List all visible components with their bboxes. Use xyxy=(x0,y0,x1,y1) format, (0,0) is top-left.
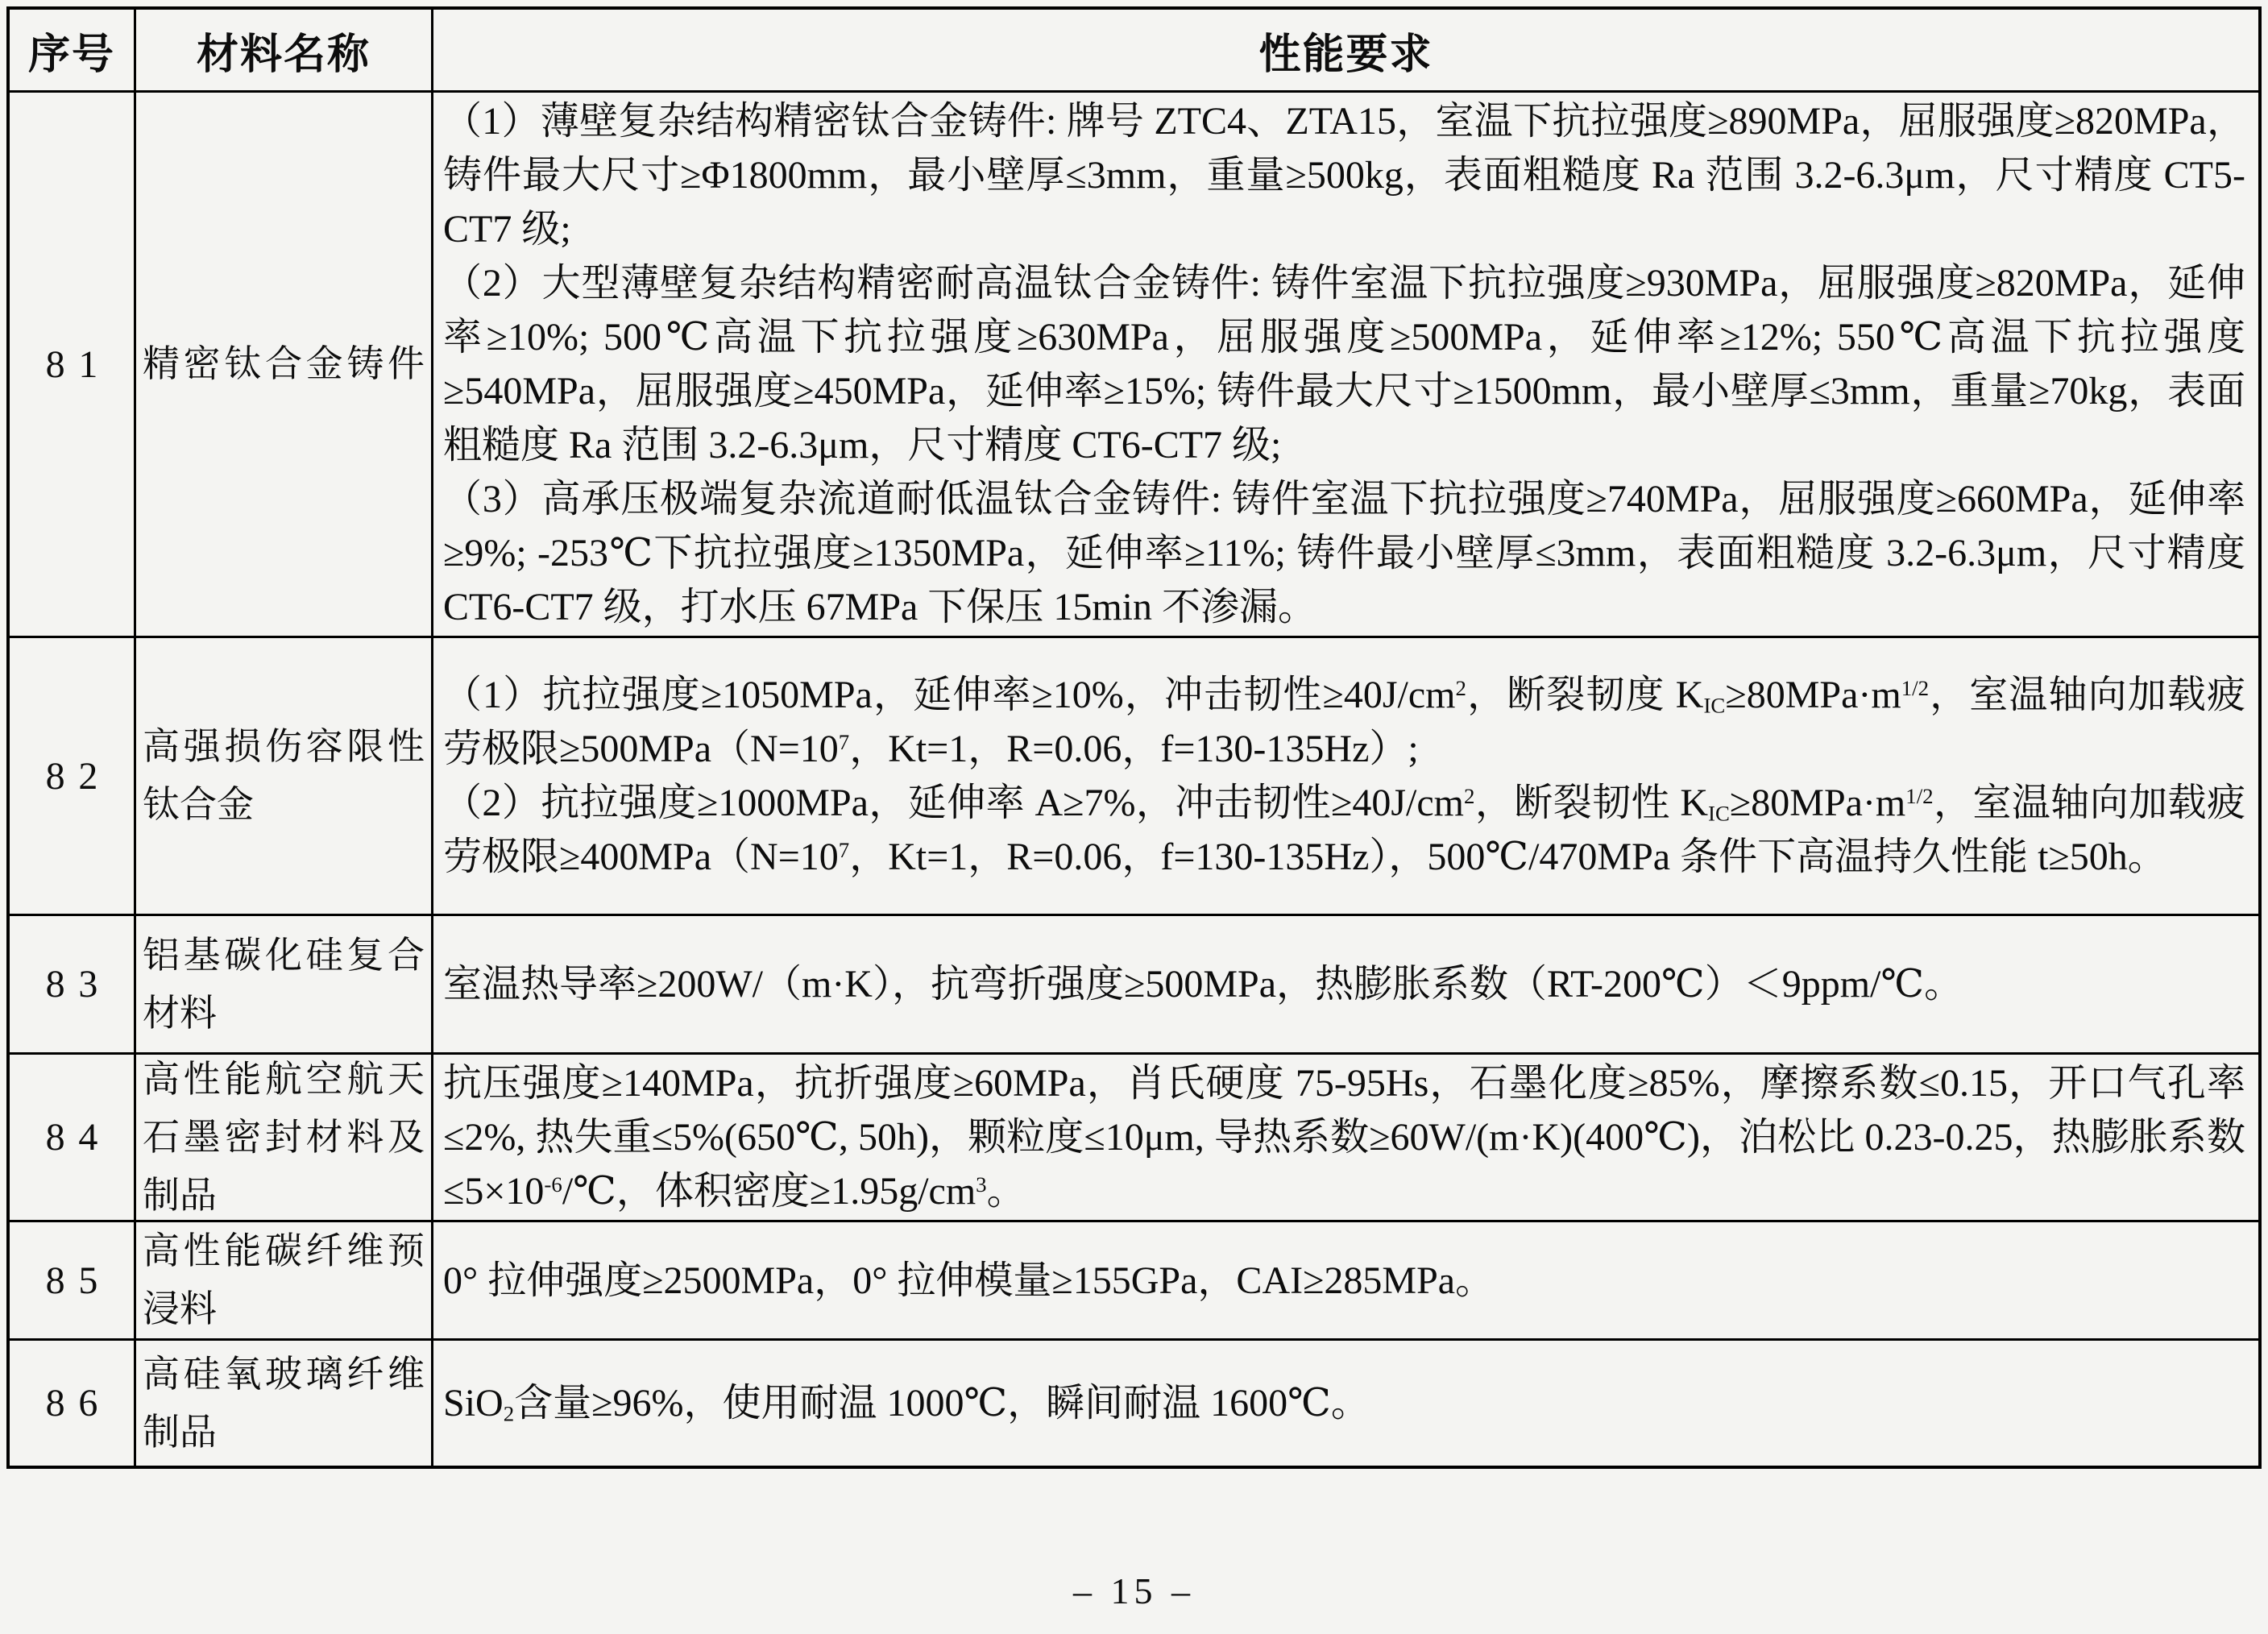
row-number: 83 xyxy=(32,962,111,1006)
materials-spec-table: 序号 材料名称 性能要求 81 精密钛合金铸件 （1）薄壁复杂结构精密钛合金铸件… xyxy=(6,6,2262,1469)
header-cell-name: 材料名称 xyxy=(134,10,431,90)
row-no-cell: 86 xyxy=(10,1341,134,1466)
material-name: 铝基碳化硅复合材料 xyxy=(136,927,431,1043)
header-label-no: 序号 xyxy=(10,20,134,81)
row-number: 86 xyxy=(32,1381,111,1425)
material-name: 精密钛合金铸件 xyxy=(136,335,431,393)
row-number: 81 xyxy=(32,342,111,387)
table-row: 86 高硅氧玻璃纤维制品 SiO2含量≥96%，使用耐温 1000℃，瞬间耐温 … xyxy=(10,1338,2258,1466)
requirements-cell: SiO2含量≥96%，使用耐温 1000℃，瞬间耐温 1600℃。 xyxy=(431,1341,2258,1466)
requirements-cell: 室温热导率≥200W/（m·K），抗弯折强度≥500MPa，热膨胀系数（RT-2… xyxy=(431,916,2258,1052)
row-no-cell: 83 xyxy=(10,916,134,1052)
row-number: 85 xyxy=(32,1259,111,1303)
requirement-paragraph: 室温热导率≥200W/（m·K），抗弯折强度≥500MPa，热膨胀系数（RT-2… xyxy=(443,957,2245,1011)
row-no-cell: 81 xyxy=(10,93,134,636)
material-name-cell: 精密钛合金铸件 xyxy=(134,93,431,636)
table-row: 85 高性能碳纤维预浸料 0° 拉伸强度≥2500MPa，0° 拉伸模量≥155… xyxy=(10,1220,2258,1338)
header-label-req: 性能要求 xyxy=(433,20,2258,81)
table-row: 82 高强损伤容限性钛合金 （1）抗拉强度≥1050MPa，延伸率≥10%，冲击… xyxy=(10,636,2258,914)
requirements-cell: 抗压强度≥140MPa，抗折强度≥60MPa，肖氏硬度 75-95Hs，石墨化度… xyxy=(431,1055,2258,1220)
requirement-paragraph: 0° 拉伸强度≥2500MPa，0° 拉伸模量≥155GPa，CAI≥285MP… xyxy=(443,1254,2245,1308)
table-header-row: 序号 材料名称 性能要求 xyxy=(10,10,2258,90)
requirement-paragraph: （1）薄壁复杂结构精密钛合金铸件: 牌号 ZTC4、ZTA15，室温下抗拉强度≥… xyxy=(443,94,2245,256)
table-row: 84 高性能航空航天石墨密封材料及制品 抗压强度≥140MPa，抗折强度≥60M… xyxy=(10,1052,2258,1220)
requirements-cell: （1）抗拉强度≥1050MPa，延伸率≥10%，冲击韧性≥40J/cm2，断裂韧… xyxy=(431,638,2258,914)
material-name: 高性能碳纤维预浸料 xyxy=(136,1222,431,1338)
row-no-cell: 85 xyxy=(10,1222,134,1338)
material-name-cell: 高性能碳纤维预浸料 xyxy=(134,1222,431,1338)
row-no-cell: 84 xyxy=(10,1055,134,1220)
material-name-cell: 高硅氧玻璃纤维制品 xyxy=(134,1341,431,1466)
material-name: 高硅氧玻璃纤维制品 xyxy=(136,1346,431,1462)
header-cell-req: 性能要求 xyxy=(431,10,2258,90)
table-row: 81 精密钛合金铸件 （1）薄壁复杂结构精密钛合金铸件: 牌号 ZTC4、ZTA… xyxy=(10,90,2258,636)
requirement-paragraph: （3）高承压极端复杂流道耐低温钛合金铸件: 铸件室温下抗拉强度≥740MPa，屈… xyxy=(443,472,2245,634)
document-page: { "page": { "background": "#f4f4f2", "bo… xyxy=(0,0,2268,1634)
requirements-text: 抗压强度≥140MPa，抗折强度≥60MPa，肖氏硬度 75-95Hs，石墨化度… xyxy=(433,1056,2258,1218)
material-name-cell: 铝基碳化硅复合材料 xyxy=(134,916,431,1052)
material-name-cell: 高性能航空航天石墨密封材料及制品 xyxy=(134,1055,431,1220)
page-number: – 15 – xyxy=(0,1570,2268,1612)
material-name: 高强损伤容限性钛合金 xyxy=(136,718,431,834)
requirements-cell: （1）薄壁复杂结构精密钛合金铸件: 牌号 ZTC4、ZTA15，室温下抗拉强度≥… xyxy=(431,93,2258,636)
material-name-cell: 高强损伤容限性钛合金 xyxy=(134,638,431,914)
header-label-name: 材料名称 xyxy=(136,20,431,81)
material-name: 高性能航空航天石墨密封材料及制品 xyxy=(136,1051,431,1225)
requirements-text: SiO2含量≥96%，使用耐温 1000℃，瞬间耐温 1600℃。 xyxy=(433,1376,2258,1430)
table-row: 83 铝基碳化硅复合材料 室温热导率≥200W/（m·K），抗弯折强度≥500M… xyxy=(10,914,2258,1052)
requirements-cell: 0° 拉伸强度≥2500MPa，0° 拉伸模量≥155GPa，CAI≥285MP… xyxy=(431,1222,2258,1338)
requirement-paragraph: （1）抗拉强度≥1050MPa，延伸率≥10%，冲击韧性≥40J/cm2，断裂韧… xyxy=(443,668,2245,776)
requirements-text: （1）抗拉强度≥1050MPa，延伸率≥10%，冲击韧性≥40J/cm2，断裂韧… xyxy=(433,668,2258,884)
requirement-paragraph: （2）抗拉强度≥1000MPa，延伸率 A≥7%，冲击韧性≥40J/cm2，断裂… xyxy=(443,776,2245,884)
requirement-paragraph: （2）大型薄壁复杂结构精密耐高温钛合金铸件: 铸件室温下抗拉强度≥930MPa，… xyxy=(443,256,2245,472)
row-no-cell: 82 xyxy=(10,638,134,914)
requirements-text: （1）薄壁复杂结构精密钛合金铸件: 牌号 ZTC4、ZTA15，室温下抗拉强度≥… xyxy=(433,94,2258,634)
requirements-text: 0° 拉伸强度≥2500MPa，0° 拉伸模量≥155GPa，CAI≥285MP… xyxy=(433,1254,2258,1308)
header-cell-no: 序号 xyxy=(10,10,134,90)
row-number: 82 xyxy=(32,754,111,798)
requirement-paragraph: SiO2含量≥96%，使用耐温 1000℃，瞬间耐温 1600℃。 xyxy=(443,1376,2245,1430)
row-number: 84 xyxy=(32,1115,111,1159)
requirement-paragraph: 抗压强度≥140MPa，抗折强度≥60MPa，肖氏硬度 75-95Hs，石墨化度… xyxy=(443,1056,2245,1218)
requirements-text: 室温热导率≥200W/（m·K），抗弯折强度≥500MPa，热膨胀系数（RT-2… xyxy=(433,957,2258,1011)
